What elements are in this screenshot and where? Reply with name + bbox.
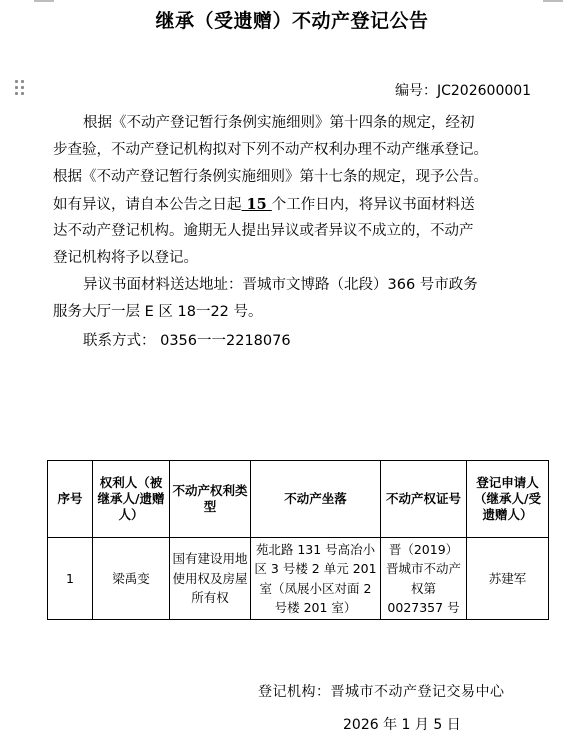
contact-line: 联系方式： 0356一一2218076 [53, 328, 553, 355]
notice-body: 根据《不动产登记暂行条例实施细则》第十四条的规定，经初 步查验，不动产登记机构拟… [53, 110, 553, 355]
address-line-1: 异议书面材料送达地址：晋城市文博路（北段）366 号市政务 [53, 272, 553, 299]
table-header-row: 序号 权利人（被继承人/遗赠人） 不动产权利类型 不动产坐落 不动产权证号 登记… [48, 461, 549, 538]
objection-text-before: 如有异议，请自本公告之日起 [53, 197, 242, 213]
objection-text-after: 个工作日内，将异议书面材料送 [272, 197, 475, 213]
property-table: 序号 权利人（被继承人/遗赠人） 不动产权利类型 不动产坐落 不动产权证号 登记… [47, 460, 549, 620]
body-line-2: 步查验，不动产登记机构拟对下列不动产权利办理不动产继承登记。 [53, 137, 553, 164]
page-corner-mark-right [543, 0, 563, 2]
cell-cert-no: 晋（2019）晋城市不动产权第 0027357 号 [381, 538, 467, 620]
table-row: 1 梁禹变 国有建设用地使用权及房屋所有权 苑北路 131 号高冶小区 3 号楼… [48, 538, 549, 620]
body-line-3: 根据《不动产登记暂行条例实施细则》第十七条的规定，现予公告。 [53, 164, 553, 191]
page-corner-mark-left [34, 0, 54, 2]
body-line-4: 如有异议，请自本公告之日起 15 个工作日内，将异议书面材料送 [53, 191, 553, 218]
cell-index: 1 [48, 538, 93, 620]
registration-authority: 登记机构：晋城市不动产登记交易中心 [258, 681, 505, 701]
header-location: 不动产坐落 [251, 461, 381, 538]
header-index: 序号 [48, 461, 93, 538]
header-cert-no: 不动产权证号 [381, 461, 467, 538]
body-line-5: 达不动产登记机构。逾期无人提出异议或者异议不成立的，不动产 [53, 218, 553, 245]
notice-date: 2026 年 1 月 5 日 [343, 714, 461, 734]
cell-right-type: 国有建设用地使用权及房屋所有权 [170, 538, 251, 620]
document-number: 编号：JC202600001 [395, 80, 531, 100]
body-line-1: 根据《不动产登记暂行条例实施细则》第十四条的规定，经初 [53, 110, 553, 137]
header-applicant: 登记申请人（继承人/受遗赠人） [467, 461, 549, 538]
cell-owner: 梁禹变 [93, 538, 170, 620]
header-owner: 权利人（被继承人/遗赠人） [93, 461, 170, 538]
header-right-type: 不动产权利类型 [170, 461, 251, 538]
body-line-6: 登记机构将予以登记。 [53, 245, 553, 272]
cell-applicant: 苏建军 [467, 538, 549, 620]
page-title: 继承（受遗赠）不动产登记公告 [0, 6, 584, 33]
objection-days: 15 [242, 196, 272, 213]
cell-location: 苑北路 131 号高冶小区 3 号楼 2 单元 201 室（凤展小区对面 2 号… [251, 538, 381, 620]
drag-handle-icon[interactable] [15, 80, 25, 96]
address-line-2: 服务大厅一层 E 区 18一22 号。 [53, 299, 553, 326]
